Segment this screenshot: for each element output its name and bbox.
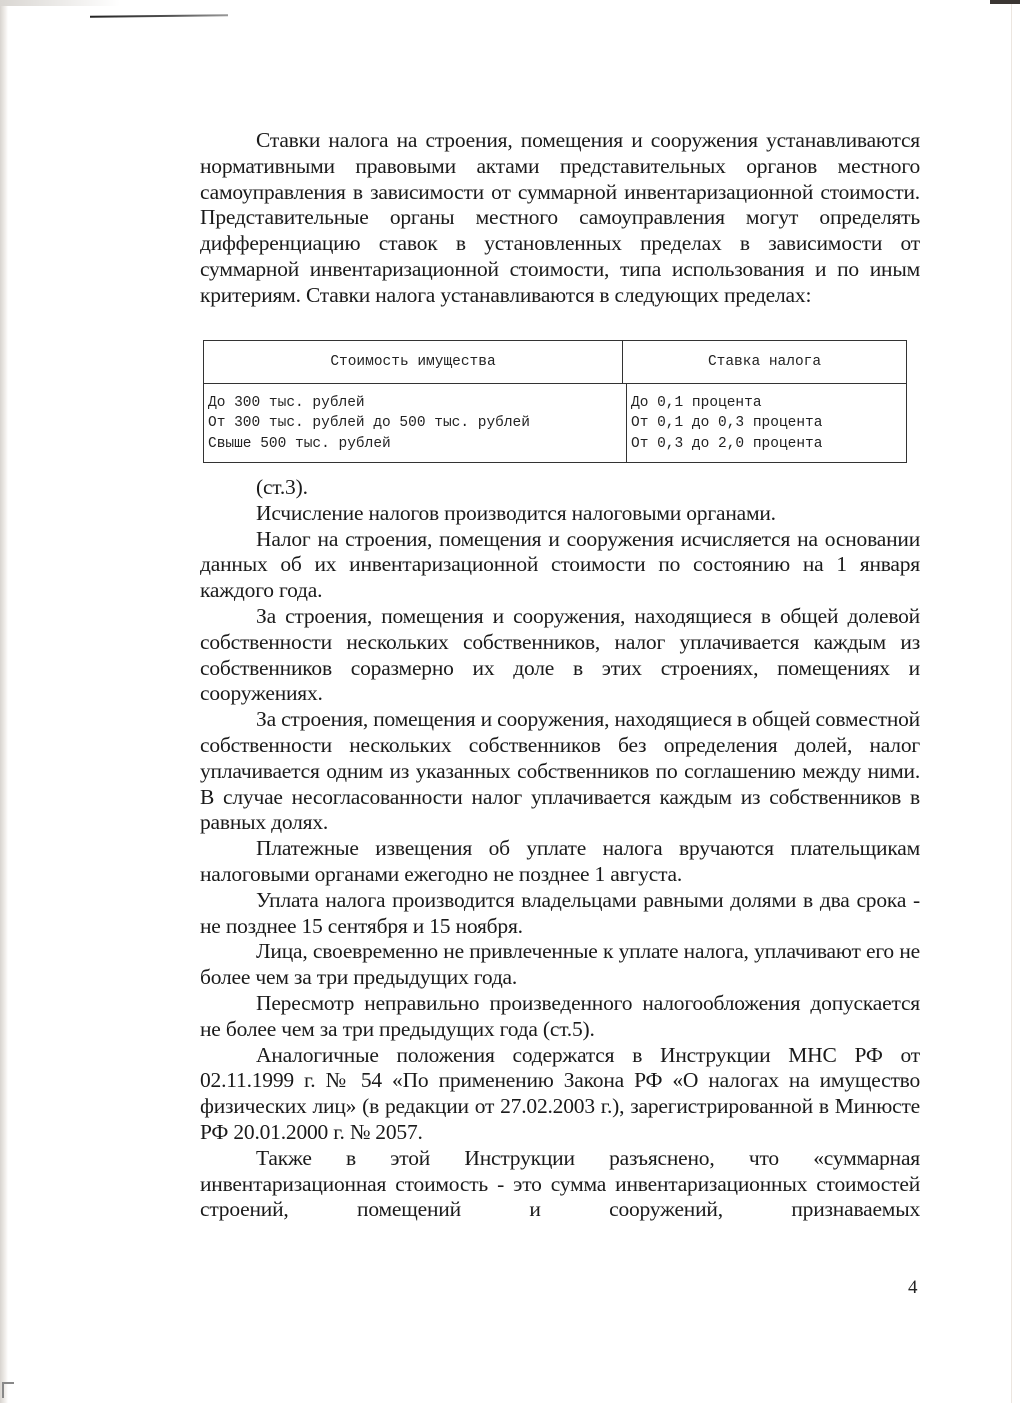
table-cell-value: От 300 тыс. рублей до 500 тыс. рублей <box>208 413 626 434</box>
table-header-row: Стоимость имущества Ставка налога <box>204 341 906 384</box>
table-body-row: До 300 тыс. рублей От 300 тыс. рублей до… <box>204 384 906 463</box>
paragraph: Лица, своевременно не привлеченные к упл… <box>200 939 920 991</box>
page-number: 4 <box>908 1277 918 1299</box>
tax-rates-table: Стоимость имущества Ставка налога До 300… <box>203 340 907 464</box>
table-column-rate: До 0,1 процента От 0,1 до 0,3 процента О… <box>627 384 906 463</box>
table-header-value: Стоимость имущества <box>204 341 623 383</box>
table-cell-rate: От 0,3 до 2,0 процента <box>631 434 906 455</box>
paragraph: Исчисление налогов производится налоговы… <box>200 501 920 527</box>
article-reference: (ст.3). <box>200 475 920 501</box>
table-cell-value: Свыше 500 тыс. рублей <box>208 434 626 455</box>
scan-corner-mark-bottom <box>2 1382 14 1398</box>
paragraph: Аналогичные положения содержатся в Инстр… <box>200 1043 920 1146</box>
paragraph: За строения, помещения и сооружения, нах… <box>200 604 920 707</box>
paragraph: Пересмотр неправильно произведенного нал… <box>200 991 920 1043</box>
paragraph: Налог на строения, помещения и сооружени… <box>200 527 920 604</box>
paragraph: Уплата налога производится владельцами р… <box>200 888 920 940</box>
intro-paragraph: Ставки налога на строения, помещения и с… <box>200 128 920 309</box>
scan-pen-line <box>90 14 228 17</box>
table-header-rate: Ставка налога <box>623 341 906 383</box>
paragraph: За строения, помещения и сооружения, нах… <box>200 707 920 836</box>
scan-edge-shadow-top <box>0 0 120 6</box>
table-column-value: До 300 тыс. рублей От 300 тыс. рублей до… <box>204 384 627 463</box>
scan-edge-shadow-left <box>0 0 8 1403</box>
paragraph-continued: Также в этой Инструкции разъяснено, что … <box>200 1146 920 1223</box>
paragraph: Платежные извещения об уплате налога вру… <box>200 836 920 888</box>
document-page: Ставки налога на строения, помещения и с… <box>200 128 920 1223</box>
table-cell-rate: До 0,1 процента <box>631 393 906 414</box>
scan-corner-mark <box>990 0 1020 4</box>
table-cell-value: До 300 тыс. рублей <box>208 393 626 414</box>
table-cell-rate: От 0,1 до 0,3 процента <box>631 413 906 434</box>
scan-edge-right <box>1011 4 1012 1403</box>
